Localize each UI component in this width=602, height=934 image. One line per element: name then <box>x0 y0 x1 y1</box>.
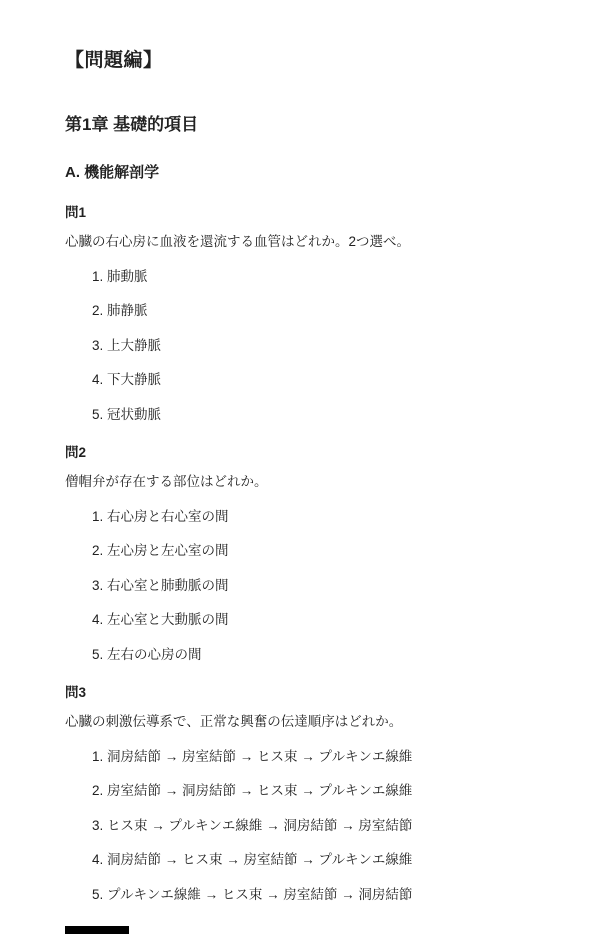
question-option: 4. 洞房結節 → ヒス束 → 房室結節 → プルキンエ線維 <box>92 852 542 868</box>
question-option: 4. 左心室と大動脈の間 <box>92 612 542 628</box>
question-option: 2. 房室結節 → 洞房結節 → ヒス束 → プルキンエ線維 <box>92 783 542 799</box>
document-page: 【問題編】 第1章 基礎的項目 A. 機能解剖学 問1心臓の右心房に血液を還流す… <box>0 0 602 902</box>
clipped-next-heading-bar <box>65 926 129 934</box>
question-option: 1. 洞房結節 → 房室結節 → ヒス束 → プルキンエ線維 <box>92 749 542 765</box>
question-text: 心臓の刺激伝導系で、正常な興奮の伝達順序はどれか。 <box>65 714 542 730</box>
question-options: 1. 洞房結節 → 房室結節 → ヒス束 → プルキンエ線維2. 房室結節 → … <box>92 749 542 903</box>
questions-container: 問1心臓の右心房に血液を還流する血管はどれか。2つ選べ。1. 肺動脈2. 肺静脈… <box>65 201 542 902</box>
question-option: 5. プルキンエ線維 → ヒス束 → 房室結節 → 洞房結節 <box>92 887 542 903</box>
question-label: 問3 <box>65 681 542 701</box>
section-title: A. 機能解剖学 <box>65 161 542 182</box>
chapter-title: 第1章 基礎的項目 <box>65 110 542 135</box>
question-option: 4. 下大静脈 <box>92 372 542 388</box>
question-options: 1. 右心房と右心室の間2. 左心房と左心室の間3. 右心室と肺動脈の間4. 左… <box>92 509 542 663</box>
question-option: 2. 左心房と左心室の間 <box>92 543 542 559</box>
question-option: 3. 上大静脈 <box>92 338 542 354</box>
question-options: 1. 肺動脈2. 肺静脈3. 上大静脈4. 下大静脈5. 冠状動脈 <box>92 269 542 423</box>
document-title: 【問題編】 <box>65 45 542 72</box>
question-label: 問1 <box>65 201 542 221</box>
question-option: 5. 左右の心房の間 <box>92 647 542 663</box>
question-label: 問2 <box>65 441 542 461</box>
question-text: 僧帽弁が存在する部位はどれか。 <box>65 474 542 490</box>
question-option: 1. 右心房と右心室の間 <box>92 509 542 525</box>
question-option: 5. 冠状動脈 <box>92 407 542 423</box>
question-text: 心臓の右心房に血液を還流する血管はどれか。2つ選べ。 <box>65 234 542 250</box>
question-option: 3. 右心室と肺動脈の間 <box>92 578 542 594</box>
question-option: 2. 肺静脈 <box>92 303 542 319</box>
question-option: 3. ヒス束 → プルキンエ線維 → 洞房結節 → 房室結節 <box>92 818 542 834</box>
question-option: 1. 肺動脈 <box>92 269 542 285</box>
